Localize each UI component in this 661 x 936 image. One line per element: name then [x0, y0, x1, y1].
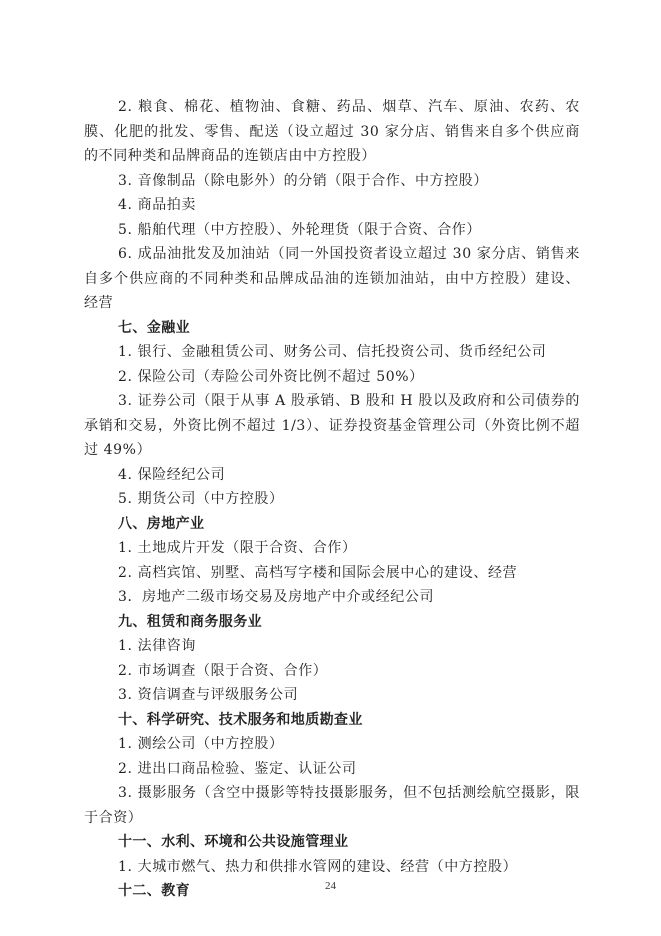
section-heading: 九、租赁和商务服务业 — [84, 610, 580, 635]
list-item: 1. 土地成片开发（限于合资、合作） — [84, 536, 580, 561]
list-item: 4. 保险经纪公司 — [84, 463, 580, 488]
list-item: 2. 高档宾馆、别墅、高档写字楼和国际会展中心的建设、经营 — [84, 561, 580, 586]
section-heading: 八、房地产业 — [84, 512, 580, 537]
list-item: 3. 证券公司（限于从事 A 股承销、B 股和 H 股以及政府和公司债券的承销和… — [84, 389, 580, 463]
list-item: 2. 市场调查（限于合资、合作） — [84, 659, 580, 684]
list-item: 3. 音像制品（除电影外）的分销（限于合作、中方控股） — [84, 169, 580, 194]
list-item: 4. 商品拍卖 — [84, 193, 580, 218]
list-item: 3. 摄影服务（含空中摄影等特技摄影服务，但不包括测绘航空摄影，限于合资） — [84, 781, 580, 830]
list-item: 1. 银行、金融租赁公司、财务公司、信托投资公司、货币经纪公司 — [84, 340, 580, 365]
list-item: 5. 期货公司（中方控股） — [84, 487, 580, 512]
list-item: 5. 船舶代理（中方控股）、外轮理货（限于合资、合作） — [84, 218, 580, 243]
document-body: 2. 粮食、棉花、植物油、食糖、药品、烟草、汽车、原油、农药、农膜、化肥的批发、… — [84, 95, 580, 904]
list-item: 2. 粮食、棉花、植物油、食糖、药品、烟草、汽车、原油、农药、农膜、化肥的批发、… — [84, 95, 580, 169]
list-item: 1. 大城市燃气、热力和供排水管网的建设、经营（中方控股） — [84, 855, 580, 880]
section-heading: 十、科学研究、技术服务和地质勘查业 — [84, 708, 580, 733]
section-heading: 十一、水利、环境和公共设施管理业 — [84, 830, 580, 855]
list-item: 1. 测绘公司（中方控股） — [84, 732, 580, 757]
list-item: 2. 保险公司（寿险公司外资比例不超过 50%） — [84, 365, 580, 390]
list-item: 3．房地产二级市场交易及房地产中介或经纪公司 — [84, 585, 580, 610]
list-item: 6. 成品油批发及加油站（同一外国投资者设立超过 30 家分店、销售来自多个供应… — [84, 242, 580, 316]
page-number: 24 — [0, 880, 661, 892]
list-item: 2. 进出口商品检验、鉴定、认证公司 — [84, 757, 580, 782]
list-item: 3. 资信调查与评级服务公司 — [84, 683, 580, 708]
section-heading: 七、金融业 — [84, 316, 580, 341]
list-item: 1. 法律咨询 — [84, 634, 580, 659]
